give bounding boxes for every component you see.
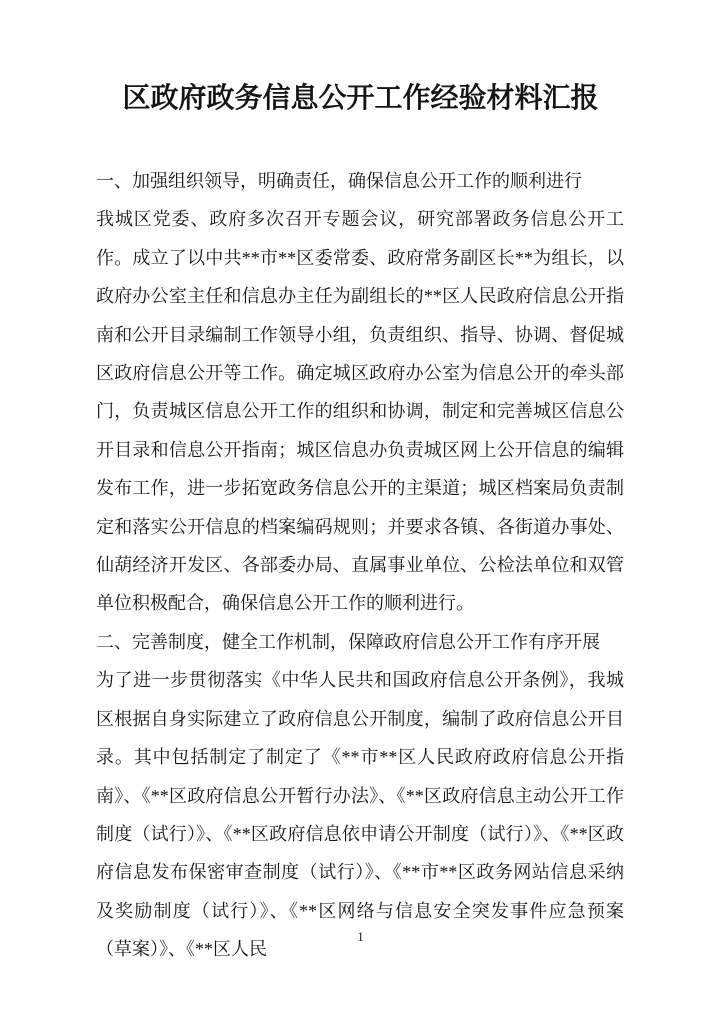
section-heading-1: 一、加强组织领导，明确责任，确保信息公开工作的顺利进行 bbox=[96, 162, 624, 200]
body-paragraph-2: 为了进一步贯彻落实《中华人民共和国政府信息公开条例》，我城区根据自身实际建立了政… bbox=[96, 661, 624, 968]
document-title: 区政府政务信息公开工作经验材料汇报 bbox=[0, 78, 721, 120]
section-heading-2: 二、完善制度，健全工作机制，保障政府信息公开工作有序开展 bbox=[96, 623, 624, 661]
document-body: 一、加强组织领导，明确责任，确保信息公开工作的顺利进行 我城区党委、政府多次召开… bbox=[96, 162, 624, 969]
document-page: 区政府政务信息公开工作经验材料汇报 一、加强组织领导，明确责任，确保信息公开工作… bbox=[0, 0, 721, 1020]
page-number: 1 bbox=[0, 928, 721, 946]
body-paragraph-1: 我城区党委、政府多次召开专题会议，研究部署政务信息公开工作。成立了以中共**市*… bbox=[96, 200, 624, 622]
